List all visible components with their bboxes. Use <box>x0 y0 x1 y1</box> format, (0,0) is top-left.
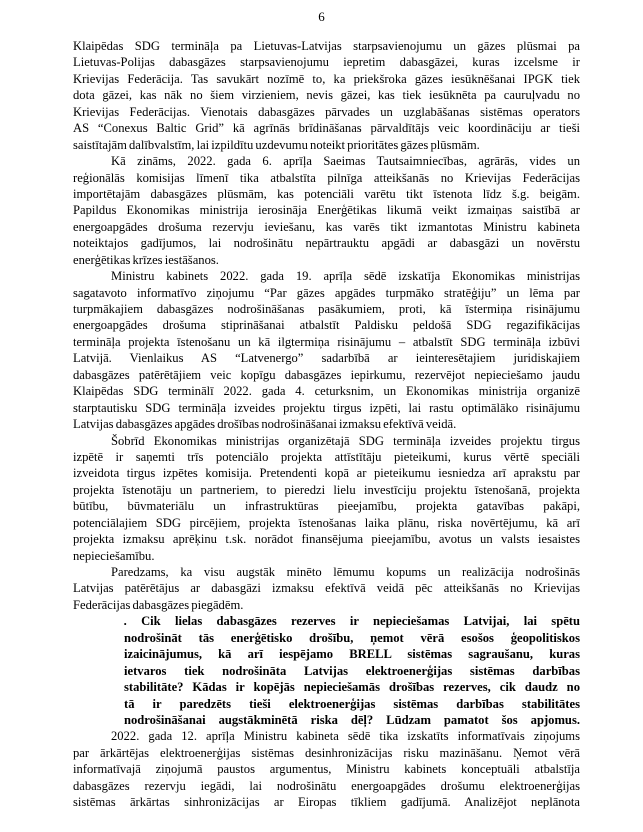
text-line: Federācijas dabasgāzes piegādēm. <box>73 597 580 613</box>
text-line: ietvaros tiek nodrošināta Latvijas elekt… <box>124 663 580 679</box>
text-line: izaicinājumus, kā arī iespējamo BRELL si… <box>124 646 580 662</box>
text-line: stabilitāte? Kādas ir kopējās nepiecieša… <box>124 679 580 695</box>
text-line: projekta izmaksu aprēķinu t.sk. norādot … <box>73 531 580 547</box>
text-line: izveidota tirgus izpētes komisija. Prete… <box>73 465 580 481</box>
question-text: Cik lielas dabasgāzes rezerves ir nepiec… <box>141 614 580 628</box>
text-line: importētajām dabasgāzes plūsmām, kas pot… <box>73 186 580 202</box>
text-line: Krievijas Federācijas. Vienotais dabasgā… <box>73 104 580 120</box>
text-line: termināļa projekta īstenošanu un kā ilgt… <box>73 334 580 350</box>
text-line: informatīvajā ziņojumā paustos argumentu… <box>73 761 580 777</box>
text-line: Ministru kabinets 2022. gada 19. aprīļa … <box>73 268 580 284</box>
text-line: nodrošināt tās enerģētisko drošību, ņemo… <box>124 630 580 646</box>
paragraph: Šobrīd Ekonomikas ministrijas organizēta… <box>73 433 580 565</box>
page-number: 6 <box>0 9 643 25</box>
paragraph: Klaipēdas SDG termināļa pa Lietuvas-Latv… <box>73 38 580 153</box>
text-line: par ārkārtējas elektroenerģijas sistēmas… <box>73 745 580 761</box>
text-line: enerģētikas krīzes iestāšanos. <box>73 252 580 268</box>
text-line: Latvijas dabasgāzes apgādes drošības nod… <box>73 416 580 432</box>
question-number: 12. <box>124 614 127 628</box>
text-line: 2022. gada 12. aprīļa Ministru kabineta … <box>73 728 580 744</box>
document-page: 6 Klaipēdas SDG termināļa pa Lietuvas-La… <box>0 0 643 832</box>
paragraph: Ministru kabinets 2022. gada 19. aprīļa … <box>73 268 580 432</box>
text-line: sagatavoto informatīvo ziņojumu “Par gāz… <box>73 285 580 301</box>
document-body: Klaipēdas SDG termināļa pa Lietuvas-Latv… <box>73 38 580 811</box>
paragraph: Kā zināms, 2022. gada 6. aprīļa Saeimas … <box>73 153 580 268</box>
text-line: Papildus Ekonomikas ministrija ierosināj… <box>73 202 580 218</box>
text-line: Šobrīd Ekonomikas ministrijas organizēta… <box>73 433 580 449</box>
text-line: energoapgādes drošuma stiprināšanai atba… <box>73 317 580 333</box>
text-line: Klaipēdas SDG terminālī 2022. gada 4. ce… <box>73 383 580 399</box>
text-line: nepieciešamību. <box>73 548 580 564</box>
question-item-12: 12. Cik lielas dabasgāzes rezerves ir ne… <box>124 613 580 728</box>
text-line: dabasgāzes rezervju iegādi, lai nodrošin… <box>73 778 580 794</box>
text-line: dabasgāzes patērētājiem veic kopīgu daba… <box>73 367 580 383</box>
text-line: nodrošināšanai augstākminētā riska dēļ? … <box>124 712 580 728</box>
text-line: Latvijā. Vienlaikus AS “Latvenergo” sada… <box>73 350 580 366</box>
text-line: turpmākajiem dabasgāzes nodrošināšanas p… <box>73 301 580 317</box>
text-line: dota gāzei, kas nāk no šiem virzieniem, … <box>73 87 580 103</box>
text-line: energoapgādes drošuma rezervju ieviešanu… <box>73 219 580 235</box>
text-line: reģionālās komisijas līmenī tika atbalst… <box>73 170 580 186</box>
text-line: Latvijas patērētājus ar dabasgāzi izmaks… <box>73 580 580 596</box>
text-line: Lietuvas-Polijas dabasgāzes starpsavieno… <box>73 54 580 70</box>
text-line: Paredzams, ka visu augstāk minēto lēmumu… <box>73 564 580 580</box>
text-line: tā ir paredzēts tieši elektroenerģijas s… <box>124 696 580 712</box>
text-line: 12. Cik lielas dabasgāzes rezerves ir ne… <box>124 613 580 629</box>
text-line: starptautisku SDG termināļa izveides pro… <box>73 400 580 416</box>
text-line: Kā zināms, 2022. gada 6. aprīļa Saeimas … <box>73 153 580 169</box>
text-line: projekta īstenotāju un partneriem, to pi… <box>73 482 580 498</box>
text-line: AS “Conexus Baltic Grid” kā agrīnās brīd… <box>73 120 580 136</box>
paragraph: 2022. gada 12. aprīļa Ministru kabineta … <box>73 728 580 810</box>
text-line: Klaipēdas SDG termināļa pa Lietuvas-Latv… <box>73 38 580 54</box>
text-line: Krievijas Federācija. Tas savukārt nozīm… <box>73 71 580 87</box>
text-line: būtību, būvmateriālu un infrastruktūras … <box>73 498 580 514</box>
text-line: sistēmas ārkārtas sinhronizācijas ar Eir… <box>73 794 580 810</box>
text-line: noteiktajos gadījumos, lai nodrošinātu n… <box>73 235 580 251</box>
text-line: potenciālajiem SDG pircējiem, projekta ī… <box>73 515 580 531</box>
paragraph: Paredzams, ka visu augstāk minēto lēmumu… <box>73 564 580 613</box>
text-line: izpētē ir saņemti trīs potenciālo projek… <box>73 449 580 465</box>
text-line: saistītajām dalībvalstīm, lai izpildītu … <box>73 137 580 153</box>
